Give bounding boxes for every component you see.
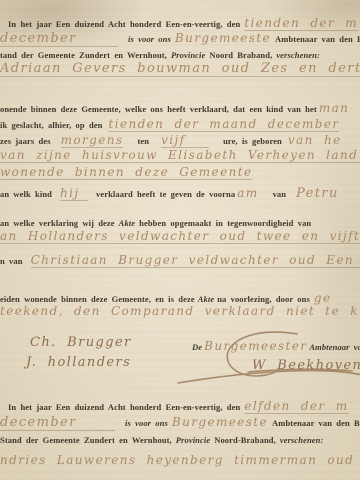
record-2-line-4: ndries Lauwerens heyenberg timmerman oud… bbox=[0, 452, 360, 468]
record-2-line-3: Stand der Gemeente Zundert en Wernhout,P… bbox=[0, 431, 323, 447]
printed-text: Stand der Gemeente Zundert en Wernhout, bbox=[0, 436, 172, 445]
printed-text-italic: is voor ons bbox=[125, 419, 168, 428]
printed-text: ure, is geboren bbox=[223, 137, 282, 146]
printed-text-italic: Provincie bbox=[176, 436, 210, 445]
handwritten-text: van he bbox=[288, 134, 342, 146]
handwritten-text: man bbox=[319, 102, 349, 114]
signature-text: W Beekhoven bbox=[252, 359, 360, 372]
printed-text: Ambtenaar van den Bur bbox=[275, 35, 360, 44]
record-1-line-19: W Beekhoven bbox=[252, 357, 360, 373]
handwritten-text: Adriaan Gevers bouwman oud Zes en dertig… bbox=[0, 62, 360, 77]
printed-text: zes jaars des bbox=[0, 137, 51, 146]
record-1-line-12: an Hollanders veldwachter oud twee en vi… bbox=[0, 228, 360, 244]
printed-text: In het jaar Een duizend Acht honderd Een… bbox=[8, 403, 240, 412]
record-1-line-18: DeBurgemeesterAmbtenaar voornoe bbox=[192, 338, 360, 354]
printed-text: an welke verklaring wij deze bbox=[0, 219, 115, 228]
printed-text: verklaard heeft te geven de voorna bbox=[96, 190, 235, 199]
printed-text: tand der Gemeente Zundert en Wernhout, bbox=[0, 51, 167, 60]
handwritten-text: vijf bbox=[161, 134, 209, 148]
record-1-line-7: zes jaars desmorgenstenvijfure, is gebor… bbox=[0, 132, 342, 148]
printed-text: Ambtenaar van den Bu bbox=[272, 419, 360, 428]
handwritten-text: wonende binnen deze Gemeente bbox=[0, 166, 252, 180]
handwritten-text: am bbox=[237, 187, 258, 199]
handwritten-text: elfden der m bbox=[244, 400, 348, 414]
record-1-line-16: Ch. Brugger bbox=[30, 334, 132, 350]
printed-text: ik geslacht, alhier, op den bbox=[0, 121, 102, 130]
printed-text: ten bbox=[137, 137, 149, 146]
printed-text: Noord Braband, bbox=[209, 51, 272, 60]
handwritten-text: december bbox=[0, 32, 118, 47]
record-2-line-2: decemberis voor onsBurgemeesteAmbtenaar … bbox=[0, 414, 360, 431]
handwritten-text: ndries Lauwerens heyenberg timmerman oud… bbox=[0, 454, 360, 466]
printed-text: onende binnen deze Gemeente, welke ons h… bbox=[0, 105, 317, 114]
printed-text: an welk kind bbox=[0, 190, 52, 199]
handwritten-text: Burgemeester bbox=[204, 340, 307, 352]
record-1-line-13: n vanChristiaan Brugger veldwachter oud … bbox=[0, 252, 360, 268]
handwritten-text: an Hollanders veldwachter oud twee en vi… bbox=[0, 230, 360, 244]
printed-text: hebben opgemaakt in tegenwoordigheid van bbox=[139, 219, 311, 228]
record-1-line-15: teekend, den Comparand verklaard niet te… bbox=[0, 303, 360, 319]
handwritten-text: december bbox=[0, 416, 115, 431]
handwritten-text: Burgemeeste bbox=[172, 416, 268, 428]
record-1-line-2: decemberis voor onsBurgemeesteAmbtenaar … bbox=[0, 30, 360, 47]
record-1-line-5: onende binnen deze Gemeente, welke ons h… bbox=[0, 100, 349, 116]
handwritten-text: van zijne huisvrouw Elisabeth Verheyen l… bbox=[0, 149, 360, 163]
printed-text: van bbox=[273, 190, 287, 199]
document-scan: In het jaar Een duizend Acht honderd Een… bbox=[0, 0, 360, 480]
printed-text-italic: Ambtenaar voornoe bbox=[309, 343, 360, 352]
record-1-line-1: In het jaar Een duizend Acht honderd Een… bbox=[8, 15, 358, 31]
record-2-line-1: In het jaar Een duizend Acht honderd Een… bbox=[8, 398, 349, 414]
handwritten-text: tienden der m bbox=[244, 17, 358, 31]
printed-text: n van bbox=[0, 257, 23, 266]
handwritten-text: tienden der maand december bbox=[108, 118, 339, 132]
handwritten-text: Burgemeeste bbox=[175, 32, 271, 44]
signature-text: J. hollanders bbox=[26, 356, 131, 369]
printed-text-italic: verschenen: bbox=[280, 436, 324, 445]
record-1-line-8: van zijne huisvrouw Elisabeth Verheyen l… bbox=[0, 147, 360, 163]
handwritten-text: Petru bbox=[296, 187, 339, 200]
printed-text-italic: Provincie bbox=[171, 51, 205, 60]
record-1-line-4: Adriaan Gevers bouwman oud Zes en dertig… bbox=[0, 60, 360, 77]
printed-text-italic: Akte bbox=[119, 219, 135, 228]
handwritten-text: hij bbox=[60, 187, 88, 201]
printed-text: Noord-Braband, bbox=[214, 436, 276, 445]
printed-text-italic: verschenen: bbox=[276, 51, 320, 60]
printed-text: In het jaar Een duizend Acht honderd Een… bbox=[8, 20, 240, 29]
record-1-line-9: wonende binnen deze Gemeente bbox=[0, 164, 252, 180]
record-1-line-17: J. hollanders bbox=[26, 354, 131, 370]
handwritten-text: Christiaan Brugger veldwachter oud Een e… bbox=[31, 254, 360, 268]
record-1-line-10: an welk kindhijverklaard heeft te geven … bbox=[0, 185, 339, 201]
handwritten-text: teekend, den Comparand verklaard niet te… bbox=[0, 305, 360, 317]
handwritten-text: morgens bbox=[61, 134, 124, 148]
record-1-line-6: ik geslacht, alhier, op dentienden der m… bbox=[0, 116, 339, 132]
signature-text: Ch. Brugger bbox=[30, 336, 132, 349]
printed-text-italic: is voor ons bbox=[128, 35, 171, 44]
printed-text-italic: De bbox=[192, 343, 202, 352]
